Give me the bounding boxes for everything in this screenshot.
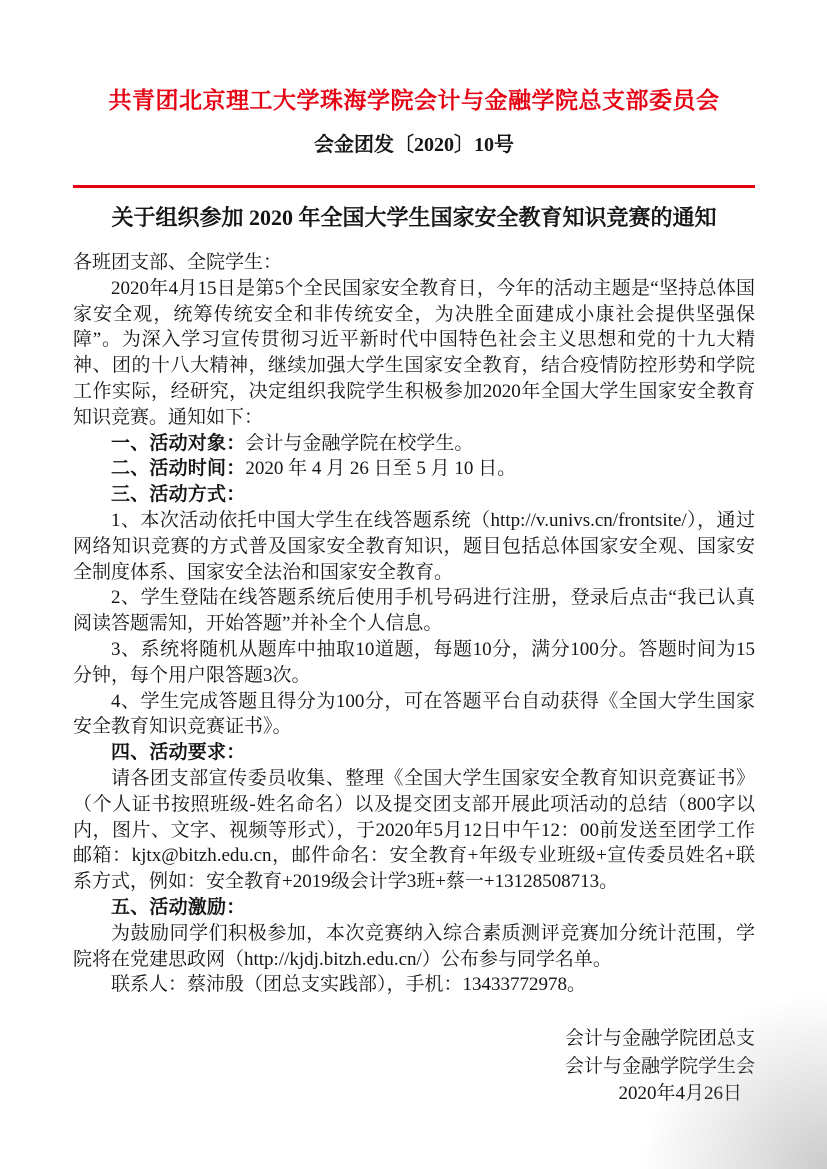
signature-org-1: 会计与金融学院团总支 xyxy=(73,1025,755,1053)
section-3-item-4: 4、学生完成答题且得分为100分，可在答题平台自动获得《全国大学生国家安全教育知… xyxy=(73,689,755,741)
section-1-line: 一、活动对象：会计与金融学院在校学生。 xyxy=(73,431,755,457)
section-5-item-1: 为鼓励同学们积极参加，本次竞赛纳入综合素质测评竞赛加分统计范围，学院将在党建思政… xyxy=(73,921,755,973)
document-number: 会金团发〔2020〕10号 xyxy=(73,132,755,158)
section-1-text: 会计与金融学院在校学生。 xyxy=(245,433,473,454)
signature-block: 会计与金融学院团总支 会计与金融学院学生会 2020年4月26日 xyxy=(73,1025,755,1108)
section-3-item-1: 1、本次活动依托中国大学生在线答题系统（http://v.univs.cn/fr… xyxy=(73,508,755,585)
signature-org-2: 会计与金融学院学生会 xyxy=(73,1053,755,1081)
notice-document-page: 共青团北京理工大学珠海学院会计与金融学院总支部委员会 会金团发〔2020〕10号… xyxy=(0,0,827,1169)
section-4-line: 四、活动要求： xyxy=(73,740,755,766)
section-1-heading: 一、活动对象： xyxy=(111,433,245,454)
section-3-heading: 三、活动方式： xyxy=(111,484,245,505)
document-body: 各班团支部、全院学生： 2020年4月15日是第5个全民国家安全教育日，今年的活… xyxy=(73,250,755,998)
section-5-heading: 五、活动激励： xyxy=(111,897,245,918)
intro-paragraph: 2020年4月15日是第5个全民国家安全教育日，今年的活动主题是“坚持总体国家安… xyxy=(73,276,755,431)
section-2-line: 二、活动时间：2020 年 4 月 26 日至 5 月 10 日。 xyxy=(73,456,755,482)
document-content: 共青团北京理工大学珠海学院会计与金融学院总支部委员会 会金团发〔2020〕10号… xyxy=(0,0,827,1108)
signature-date: 2020年4月26日 xyxy=(73,1080,755,1108)
section-3-item-3: 3、系统将随机从题库中抽取10道题，每题10分，满分100分。答题时间为15分钟… xyxy=(73,637,755,689)
letterhead-separator-rule xyxy=(73,185,755,188)
section-4-item-1: 请各团支部宣传委员收集、整理《全国大学生国家安全教育知识竞赛证书》（个人证书按照… xyxy=(73,766,755,895)
section-5-line: 五、活动激励： xyxy=(73,895,755,921)
section-3-line: 三、活动方式： xyxy=(73,482,755,508)
salutation: 各班团支部、全院学生： xyxy=(73,250,755,276)
section-3-item-2: 2、学生登陆在线答题系统后使用手机号码进行注册，登录后点击“我已认真阅读答题需知… xyxy=(73,585,755,637)
contact-line: 联系人：蔡沛殷（团总支实践部），手机：13433772978。 xyxy=(73,972,755,998)
section-4-heading: 四、活动要求： xyxy=(111,742,245,763)
section-2-heading: 二、活动时间： xyxy=(111,458,245,479)
letterhead-org-title: 共青团北京理工大学珠海学院会计与金融学院总支部委员会 xyxy=(73,84,755,118)
section-2-text: 2020 年 4 月 26 日至 5 月 10 日。 xyxy=(245,458,516,479)
document-title: 关于组织参加 2020 年全国大学生国家安全教育知识竞赛的通知 xyxy=(73,203,755,233)
